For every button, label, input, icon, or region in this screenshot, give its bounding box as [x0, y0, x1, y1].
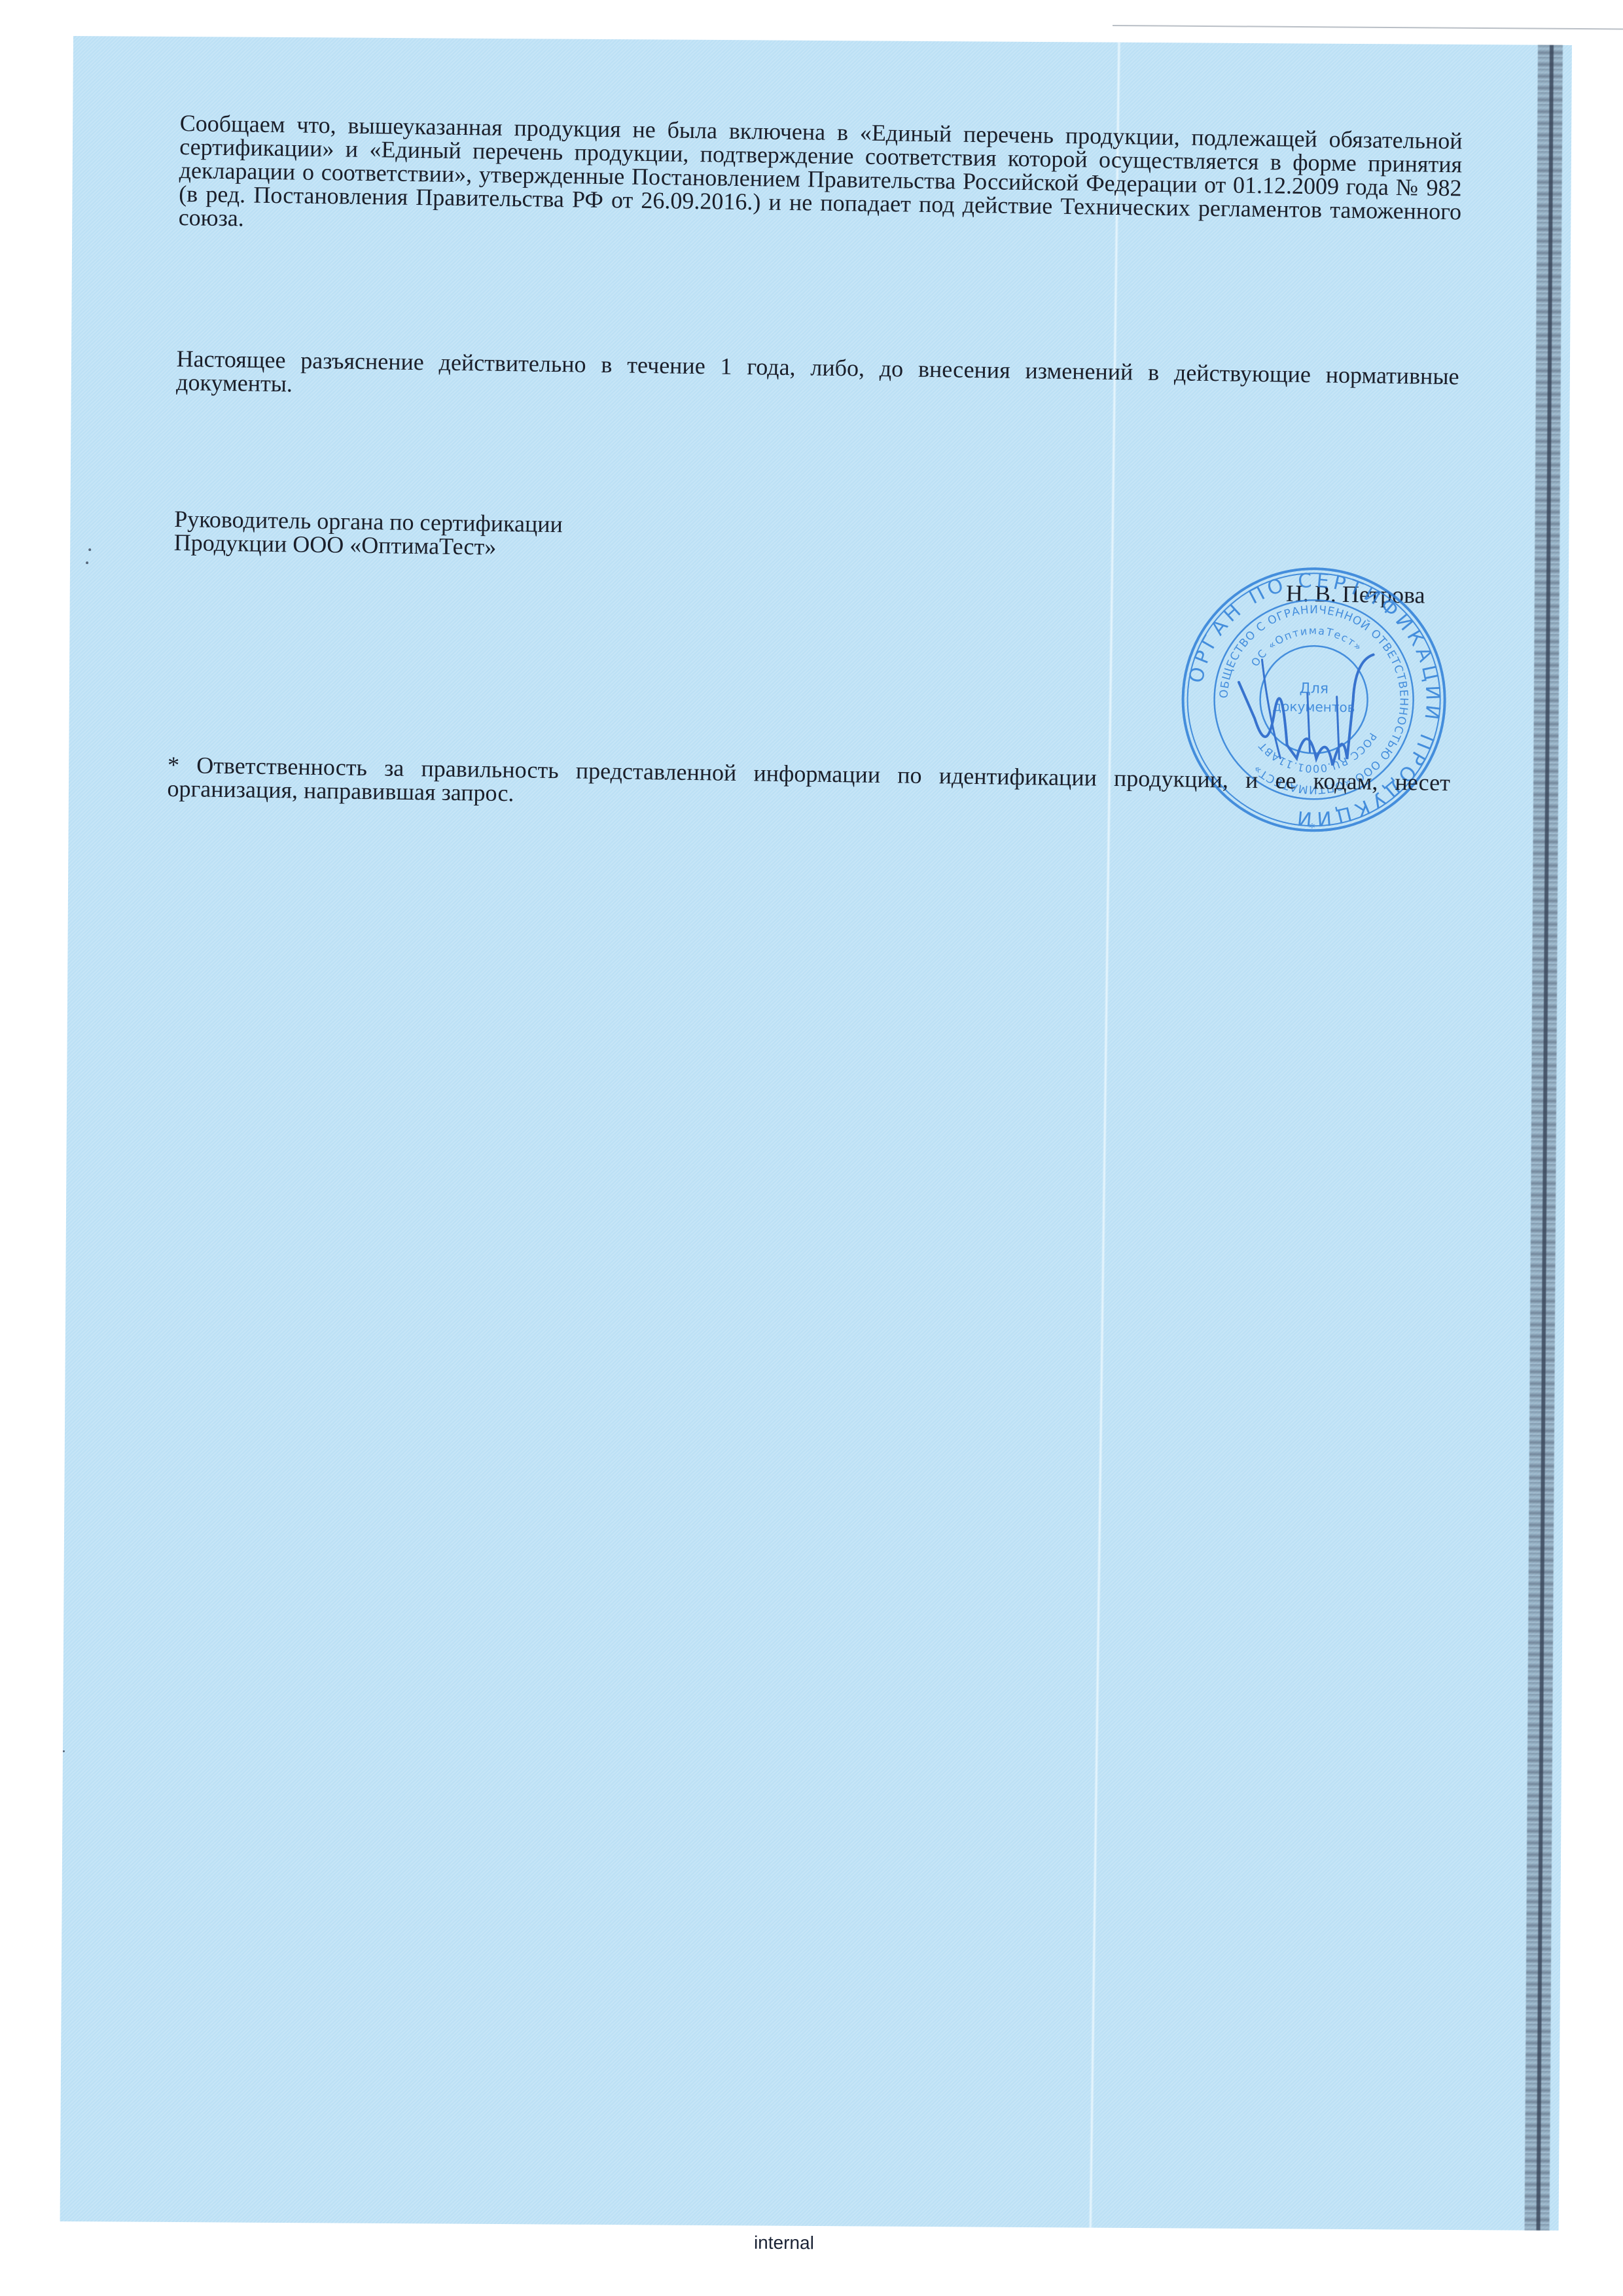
- signature-block: Руководитель органа по сертификации Прод…: [174, 507, 764, 563]
- binding-edge: [1525, 45, 1563, 2231]
- scan-speck: [88, 548, 91, 551]
- paragraph-certification-status: Сообщаем что, вышеуказанная продукция не…: [178, 111, 1462, 247]
- scan-speck: [63, 1750, 65, 1752]
- classification-label: internal: [754, 2233, 814, 2253]
- stamp-center-line-1: Для: [1299, 680, 1329, 698]
- svg-text:*: *: [1309, 821, 1315, 835]
- scan-edge-line: [1113, 25, 1623, 29]
- scan-speck: [86, 561, 88, 564]
